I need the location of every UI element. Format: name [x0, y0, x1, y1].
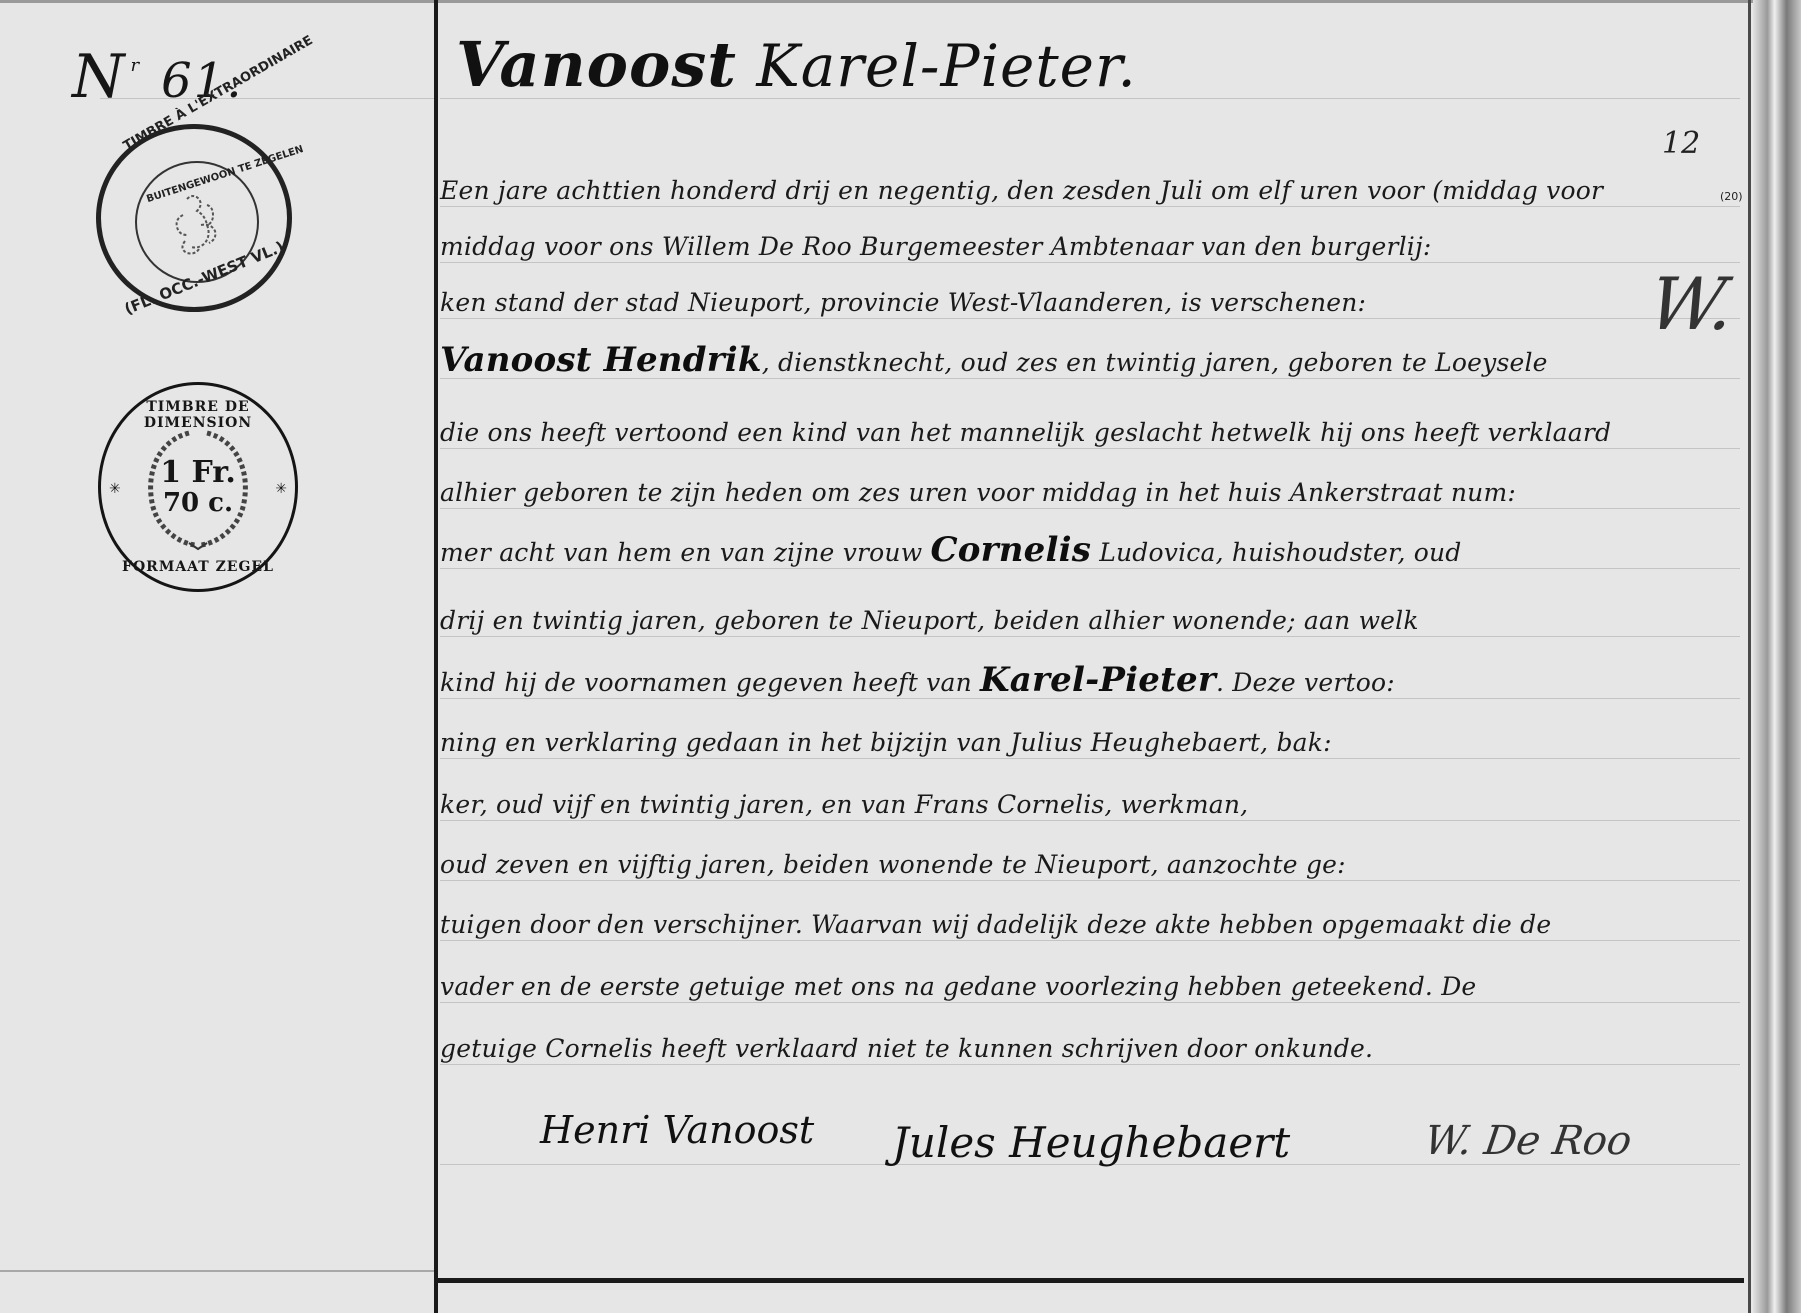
register-page: Nr61. TIMBRE À L'EXTRAORDINAIRE BUITENGE…: [0, 0, 1801, 1313]
margin-correction-note: 12: [1662, 126, 1700, 161]
ruled-line: [440, 820, 1740, 821]
ruled-line: [440, 262, 1740, 263]
ruled-line: [440, 448, 1740, 449]
stamp-value-francs: 1 Fr.: [160, 458, 236, 488]
record-title: Vanoost Karel-Pieter.: [456, 28, 1137, 101]
binding-edge-line: [1748, 0, 1751, 1313]
margin-small-note: (20): [1720, 190, 1743, 203]
extraordinary-tax-stamp: TIMBRE À L'EXTRAORDINAIRE BUITENGEWOON T…: [96, 124, 292, 312]
stamp-value-centimes: 70 c.: [160, 490, 236, 516]
ruled-line: [440, 940, 1740, 941]
child-given-names: Karel-Pieter: [980, 660, 1216, 700]
text-line-12: oud zeven en vijftig jaren, beiden wonen…: [440, 850, 1346, 879]
declarant-name: Vanoost Hendrik: [440, 340, 762, 380]
signature-official: W. De Roo: [1422, 1118, 1635, 1164]
star-icon: ✳: [275, 481, 287, 497]
margin-initials: W.: [1643, 262, 1742, 346]
mother-surname: Cornelis: [930, 530, 1091, 570]
ruled-line: [440, 1002, 1740, 1003]
text-line-6: alhier geboren te zijn heden om zes uren…: [440, 478, 1516, 507]
text-line-9-pre: kind hij de voornamen gegeven heeft van: [440, 668, 980, 697]
ruled-line: [440, 636, 1740, 637]
act-number-superscript: r: [131, 55, 142, 76]
text-line-11: ker, oud vijf en twintig jaren, en van F…: [440, 790, 1248, 819]
entry-bottom-rule: [434, 1278, 1744, 1283]
text-line-15: getuige Cornelis heeft verklaard niet te…: [440, 1034, 1373, 1063]
ruled-line: [440, 758, 1740, 759]
text-line-9-rest: . Deze vertoo:: [1216, 668, 1395, 697]
stamp-value: 1 Fr. 70 c.: [160, 458, 236, 516]
lion-icon: [157, 185, 237, 265]
dimension-tax-stamp: TIMBRE DE DIMENSION ✳ ✳ 1 Fr. 70 c. FORM…: [98, 382, 298, 592]
text-line-9: kind hij de voornamen gegeven heeft van …: [440, 660, 1395, 700]
stamp-ring-bottom-text: FORMAAT ZEGEL: [101, 559, 295, 575]
book-binding: [1753, 0, 1801, 1313]
text-line-8: drij en twintig jaren, geboren te Nieupo…: [440, 606, 1419, 635]
text-line-1: Een jare achttien honderd drij en negent…: [440, 176, 1603, 205]
act-number-label: N: [72, 42, 127, 112]
signature-father: Henri Vanoost: [540, 1108, 814, 1152]
record-surname: Vanoost: [456, 28, 737, 101]
text-line-4: Vanoost Hendrik, dienstknecht, oud zes e…: [440, 340, 1548, 380]
column-divider: [434, 0, 438, 1313]
text-line-10: ning en verklaring gedaan in het bijzijn…: [440, 728, 1332, 757]
ruled-line: [440, 880, 1740, 881]
signature-witness: Jules Heughebaert: [892, 1118, 1290, 1167]
record-given-names: Karel-Pieter.: [756, 32, 1136, 100]
text-line-7-pre: mer acht van hem en van zijne vrouw: [440, 538, 930, 567]
text-line-13: tuigen door den verschijner. Waarvan wij…: [440, 910, 1551, 939]
text-line-4-rest: , dienstknecht, oud zes en twintig jaren…: [762, 348, 1548, 377]
ruled-line: [440, 206, 1740, 207]
text-line-2: middag voor ons Willem De Roo Burgemeest…: [440, 232, 1432, 261]
text-line-7-rest: Ludovica, huishoudster, oud: [1091, 538, 1461, 567]
text-line-3: ken stand der stad Nieuport, provincie W…: [440, 288, 1366, 317]
text-line-7: mer acht van hem en van zijne vrouw Corn…: [440, 530, 1462, 570]
ruled-line: [440, 318, 1740, 319]
ruled-line: [440, 508, 1740, 509]
text-line-14: vader en de eerste getuige met ons na ge…: [440, 972, 1476, 1001]
page-top-edge: [0, 0, 1801, 3]
star-icon: ✳: [109, 481, 121, 497]
ruled-line: [440, 1064, 1740, 1065]
text-line-5: die ons heeft vertoond een kind van het …: [440, 418, 1611, 447]
margin-bottom-rule: [0, 1270, 434, 1272]
